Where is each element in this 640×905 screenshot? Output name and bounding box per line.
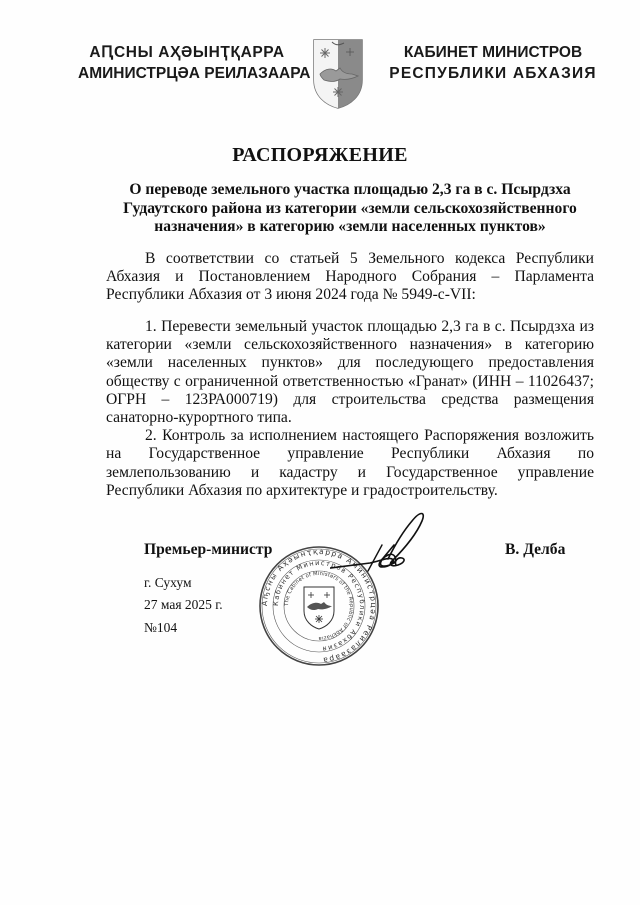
header-russian-line1: КАБИНЕТ МИНИСТРОВ [388, 42, 598, 63]
order-items: 1. Перевести земельный участок площадью … [106, 318, 594, 500]
order-item-2: 2. Контроль за исполнением настоящего Ра… [106, 427, 594, 500]
header-russian-line2: РЕСПУБЛИКИ АБХАЗИЯ [388, 63, 598, 84]
preamble-text: В соответствии со статьей 5 Земельного к… [106, 250, 594, 305]
header-abkhaz: АԤСНЫ АҲӘЫНҬҚАРРА АМИНИСТРЦӘА РЕИЛАЗААРА [78, 42, 296, 84]
issue-city: г. Сухум [144, 575, 192, 591]
issue-date: 27 мая 2025 г. [144, 597, 223, 613]
document-subject: О переводе земельного участка площадью 2… [110, 181, 590, 237]
document-type-title: РАСПОРЯЖЕНИЕ [0, 144, 640, 167]
header-abkhaz-line2: АМИНИСТРЦӘА РЕИЛАЗААРА [78, 63, 296, 84]
coat-of-arms-icon [312, 38, 364, 110]
signatory-role: Премьер-министр [144, 541, 272, 559]
preamble: В соответствии со статьей 5 Земельного к… [106, 250, 594, 305]
order-item-1: 1. Перевести земельный участок площадью … [106, 318, 594, 427]
handwritten-signature-icon [330, 505, 440, 585]
signatory-name: В. Делба [505, 541, 565, 559]
header-abkhaz-line1: АԤСНЫ АҲӘЫНҬҚАРРА [78, 42, 296, 63]
header-russian: КАБИНЕТ МИНИСТРОВ РЕСПУБЛИКИ АБХАЗИЯ [388, 42, 598, 84]
document-page: АԤСНЫ АҲӘЫНҬҚАРРА АМИНИСТРЦӘА РЕИЛАЗААРА [0, 0, 640, 905]
document-number: №104 [144, 620, 177, 636]
